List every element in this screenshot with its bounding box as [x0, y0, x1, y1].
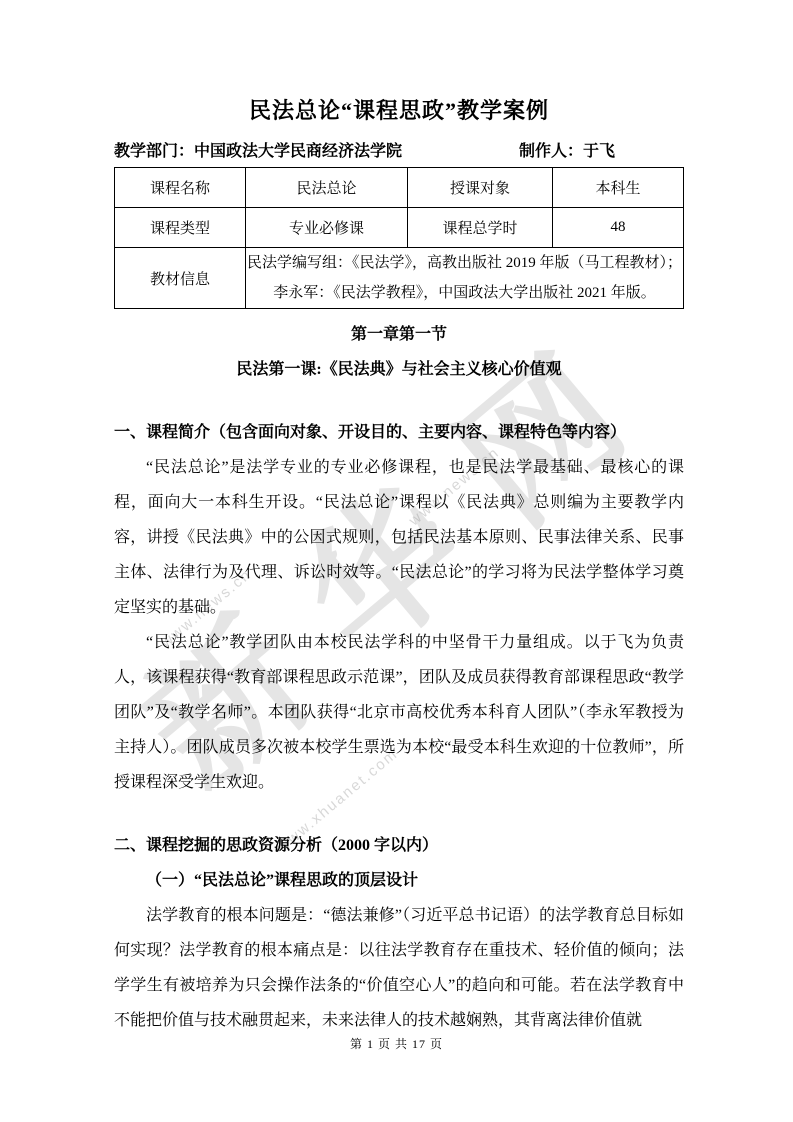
department-label: 教学部门：中国政法大学民商经济法学院: [114, 138, 519, 161]
lesson-heading: 民法第一课:《民法典》与社会主义核心价值观: [114, 352, 684, 387]
table-row: 课程名称 民法总论 授课对象 本科生: [115, 168, 684, 208]
course-name-value-cell: 民法总论: [245, 168, 407, 208]
document-content: 民法总论“课程思政”教学案例 教学部门：中国政法大学民商经济法学院 制作人：于飞…: [114, 0, 684, 1038]
section1-paragraph-2: “民法总论”教学团队由本校民法学科的中坚骨干力量组成。以于飞为负责人，该课程获得…: [114, 625, 684, 800]
chapter-heading: 第一章第一节: [114, 317, 684, 352]
section1-paragraph-1: “民法总论”是法学专业的专业必修课程，也是民法学最基础、最核心的课程，面向大一本…: [114, 450, 684, 625]
spacer: [114, 800, 684, 828]
audience-label-cell: 授课对象: [407, 168, 552, 208]
total-hours-label-cell: 课程总学时: [407, 208, 552, 248]
section1-heading: 一、课程简介（包含面向对象、开设目的、主要内容、课程特色等内容）: [114, 415, 684, 450]
author-label: 制作人：于飞: [519, 138, 684, 161]
table-row: 教材信息 民法学编写组：《民法学》，高教出版社 2019 年版（马工程教材）；李…: [115, 248, 684, 309]
document-meta-row: 教学部门：中国政法大学民商经济法学院 制作人：于飞: [114, 138, 684, 161]
page-title: 民法总论“课程思政”教学案例: [114, 94, 684, 125]
section2-heading: 二、课程挖掘的思政资源分析（2000 字以内）: [114, 828, 684, 863]
course-name-label-cell: 课程名称: [115, 168, 246, 208]
audience-value-cell: 本科生: [553, 168, 684, 208]
materials-label-cell: 教材信息: [115, 248, 246, 309]
section2-subheading: （一）“民法总论”课程思政的顶层设计: [114, 863, 684, 898]
course-info-table: 课程名称 民法总论 授课对象 本科生 课程类型 专业必修课 课程总学时 48 教…: [114, 167, 684, 309]
table-row: 课程类型 专业必修课 课程总学时 48: [115, 208, 684, 248]
spacer: [114, 387, 684, 415]
course-type-value-cell: 专业必修课: [245, 208, 407, 248]
course-type-label-cell: 课程类型: [115, 208, 246, 248]
section2-paragraph-1: 法学教育的根本问题是：“德法兼修”（习近平总书记语）的法学教育总目标如何实现？法…: [114, 898, 684, 1038]
page-number: 第 1 页 共 17 页: [0, 1035, 793, 1052]
total-hours-value-cell: 48: [553, 208, 684, 248]
materials-value-cell: 民法学编写组：《民法学》，高教出版社 2019 年版（马工程教材）；李永军：《民…: [245, 248, 683, 309]
document-page: 新华网 www.news.cn www.xhuanet.com www.news…: [0, 0, 793, 1122]
